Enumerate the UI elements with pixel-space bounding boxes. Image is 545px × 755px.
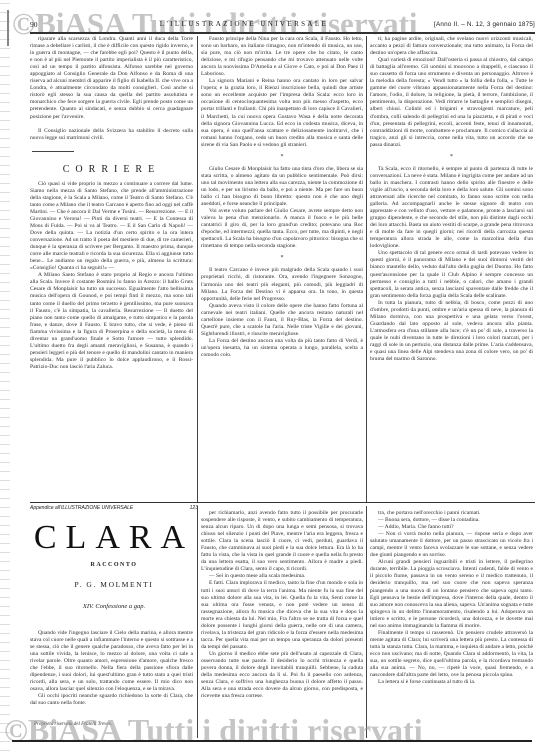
appendix-divider-1	[197, 506, 198, 738]
article-paragraph: Giulio Cesare di Monplaisir ha fatto una…	[201, 166, 363, 208]
appendix-column-1: Quando vide l'ingegno lasciare il Cielo …	[30, 630, 193, 726]
header-rule	[30, 32, 535, 34]
serial-title: CLARA	[30, 520, 198, 556]
serial-paragraph: La lettera si è forse continuata al tutt…	[370, 679, 533, 686]
section-separator: *	[201, 154, 363, 161]
appendix-header: Appendice all'ILLUSTRAZIONE UNIVERSALE 1…	[30, 503, 198, 513]
appendix-divider-2	[366, 506, 367, 738]
article-paragraph: La Forza del destino ancora una volta da…	[201, 338, 363, 359]
section-separator: *	[201, 255, 363, 262]
serial-paragraph: tra, che portava nell'orecchio i panni r…	[370, 510, 533, 517]
article-paragraph: Qual varietà di emozioni! Dall'osteria s…	[370, 57, 533, 149]
article-paragraph: Quando aveva visto il colore delle opere…	[201, 303, 363, 338]
article-paragraph: Il teatro Carcano è invece più malgrado …	[201, 267, 363, 302]
serial-paragraph: Alcuni grandi pensieri inguaribili e tri…	[370, 559, 533, 629]
article-paragraph: ti; ha pagine ardite, originali, che sve…	[370, 36, 533, 57]
serial-paragraph: E fatti. Clara implorava il medico, tant…	[201, 580, 363, 650]
column-divider-2	[366, 36, 367, 502]
section-divider	[32, 151, 74, 152]
article-paragraph: A Milano Santo Stefano è stato proprio a…	[30, 272, 193, 371]
issue-info: [Anno II. – N. 12, 3 gennaio 1875]	[434, 21, 535, 28]
page-bottom-edge	[12, 740, 532, 742]
serial-paragraph: — Non ci vorrà molto nella pianura, — ri…	[370, 531, 533, 559]
serial-paragraph: Quando vide l'ingegno lasciare il Cielo …	[30, 630, 193, 693]
footnote-rights: Proprietà riservata del Fratelli Treves.	[34, 722, 112, 727]
article-paragraph: Voi avete voluto parlare del Giulio Cesa…	[201, 208, 363, 250]
article-paragraph: In tutta la pianura, tutto di nebbia, di…	[370, 300, 533, 363]
section-separator: *	[370, 154, 533, 161]
article-paragraph: Ta Scala, ecco il ritornello, è sempre a…	[370, 166, 533, 251]
newspaper-page: 90 L'ILLUSTRAZIONE UNIVERSALE [Anno II. …	[30, 0, 535, 755]
article-paragraph: Uno spettacolo di tal genere ecco ormai …	[370, 250, 533, 299]
section-title-corriere: CORRIERE	[30, 166, 193, 173]
serial-title-block: CLARA RACCONTO P. G. MOLMENTI XIV. Confe…	[30, 520, 198, 610]
column-3: ti; ha pagine ardite, originali, che sve…	[370, 36, 533, 501]
article-paragraph: La signora Mariani e Reina hanno ora can…	[201, 78, 363, 148]
scan-page-edge	[0, 0, 10, 755]
chapter-heading: XIV. Confessione a gap.	[30, 603, 198, 610]
column-divider-1	[197, 36, 198, 502]
column-1: riparare alla scarsezza di Londra. Quant…	[30, 36, 193, 501]
article-paragraph: Il Consiglio nazionale della Svizzera ha…	[30, 128, 193, 142]
page-header: 90 L'ILLUSTRAZIONE UNIVERSALE [Anno II. …	[30, 18, 535, 30]
serial-paragraph: Un giorno il medico ebbe sete più dell'u…	[201, 651, 363, 700]
appendix-label: Appendice all'ILLUSTRAZIONE UNIVERSALE	[30, 505, 133, 511]
serial-paragraph: Finalmente il tempo si rasserenò. Un pen…	[370, 630, 533, 679]
column-2: Fausto principe della Nina per la cara o…	[201, 36, 363, 501]
serial-author: P. G. MOLMENTI	[30, 580, 198, 589]
appendix-column-3: tra, che portava nell'orecchio i panni r…	[370, 510, 533, 728]
serial-paragraph: — Addio, Maria. Che fanno tutti?	[370, 524, 533, 531]
serial-subtitle: RACCONTO	[30, 562, 198, 568]
masthead-title: L'ILLUSTRAZIONE UNIVERSALE	[54, 20, 434, 28]
article-paragraph: Fausto principe della Nina per la cara o…	[201, 36, 363, 78]
serial-paragraph: per richiamarlo, anzi avendo fatto tutto…	[201, 510, 363, 573]
serial-paragraph: Gli occhi ipocriti neanche sguardo richi…	[30, 693, 193, 707]
article-paragraph: Ciò quasi si vide proprio in mezzo a con…	[30, 181, 193, 273]
page-number: 90	[30, 20, 54, 29]
article-paragraph: riparare alla scarsezza di Londra. Quant…	[30, 36, 193, 121]
appendix-column-2: per richiamarlo, anzi avendo fatto tutto…	[201, 510, 363, 728]
